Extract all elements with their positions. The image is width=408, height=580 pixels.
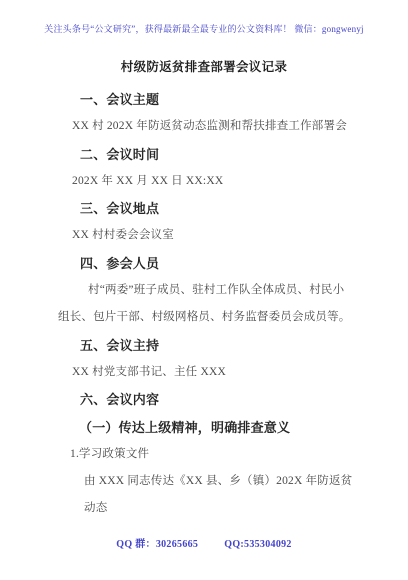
section-location: 三、会议地点 XX 村村委会会议室 [58,195,354,250]
promo-notice: 关注头条号“公文研究”，获得最新最全最专业的公文资料库！ 微信：gongweny… [0,23,408,35]
document-page: 关注头条号“公文研究”，获得最新最全最专业的公文资料库！ 微信：gongweny… [0,0,408,580]
section-body: XX 村 202X 年防返贫动态监测和帮扶排查工作部署会 [58,113,354,140]
section-heading: 四、参会人员 [58,250,354,277]
subsection-heading: （一）传达上级精神，明确排查意义 [58,414,354,441]
section-body: XX 村村委会会议室 [58,222,354,249]
qq-group-number: QQ 群：30265665 [116,539,198,550]
page-title: 村级防返贫排查部署会议记录 [0,57,408,75]
section-topic: 一、会议主题 XX 村 202X 年防返贫动态监测和帮扶排查工作部署会 [58,86,354,141]
section-body: 由 XXX 同志传达《XX 县、乡（镇）202X 年防返贫动态 [58,468,354,523]
section-heading: 一、会议主题 [58,86,354,113]
section-attendees: 四、参会人员 村“两委”班子成员、驻村工作队全体成员、村民小组长、包片干部、村级… [58,250,354,332]
section-body: XX 村党支部书记、主任 XXX [58,359,354,386]
footer-contact: QQ 群：30265665QQ:535304092 [0,535,408,550]
section-host: 五、会议主持 XX 村党支部书记、主任 XXX [58,332,354,387]
qq-number: QQ:535304092 [224,539,292,550]
section-time: 二、会议时间 202X 年 XX 月 XX 日 XX:XX [58,141,354,196]
section-body: 202X 年 XX 月 XX 日 XX:XX [58,168,354,195]
section-heading: 五、会议主持 [58,332,354,359]
list-item: 1.学习政策文件 [58,441,354,468]
section-heading: 六、会议内容 [58,386,354,413]
section-content: 六、会议内容 （一）传达上级精神，明确排查意义 1.学习政策文件 由 XXX 同… [58,386,354,522]
section-body: 村“两委”班子成员、驻村工作队全体成员、村民小组长、包片干部、村级网格员、村务监… [58,277,354,332]
section-heading: 二、会议时间 [58,141,354,168]
document-body: 一、会议主题 XX 村 202X 年防返贫动态监测和帮扶排查工作部署会 二、会议… [58,86,354,523]
section-heading: 三、会议地点 [58,195,354,222]
